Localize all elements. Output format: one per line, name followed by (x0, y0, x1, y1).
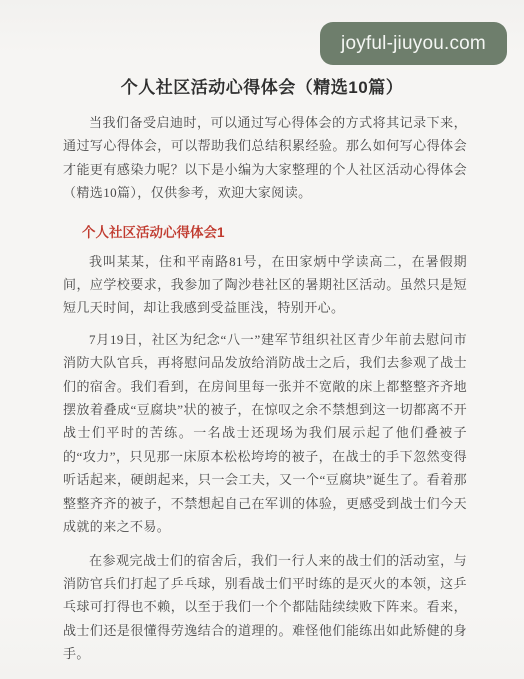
section-heading: 个人社区活动心得体会1 (82, 221, 467, 241)
document-page: joyful-jiuyou.com 个人社区活动心得体会（精选10篇） 当我们备… (0, 0, 524, 679)
document-content: 当我们备受启迪时，可以通过写心得体会的方式将其记录下来，通过写心得体会，可以帮助… (0, 111, 524, 666)
body-paragraph-2: 7月19日，社区为纪念“八一”建军节组织社区青少年前去慰问市消防大队官兵，再将慰… (63, 328, 467, 539)
body-paragraph-1: 我叫某某，住和平南路81号，在田家炳中学读高二，在暑假期间，应学校要求，我参加了… (63, 250, 467, 320)
intro-paragraph: 当我们备受启迪时，可以通过写心得体会的方式将其记录下来，通过写心得体会，可以帮助… (63, 111, 467, 205)
site-watermark-badge: joyful-jiuyou.com (320, 22, 507, 65)
site-watermark-label: joyful-jiuyou.com (341, 33, 486, 55)
body-paragraph-3: 在参观完战士们的宿舍后，我们一行人来的战士们的活动室，与消防官兵们打起了乒乓球，… (63, 549, 467, 666)
